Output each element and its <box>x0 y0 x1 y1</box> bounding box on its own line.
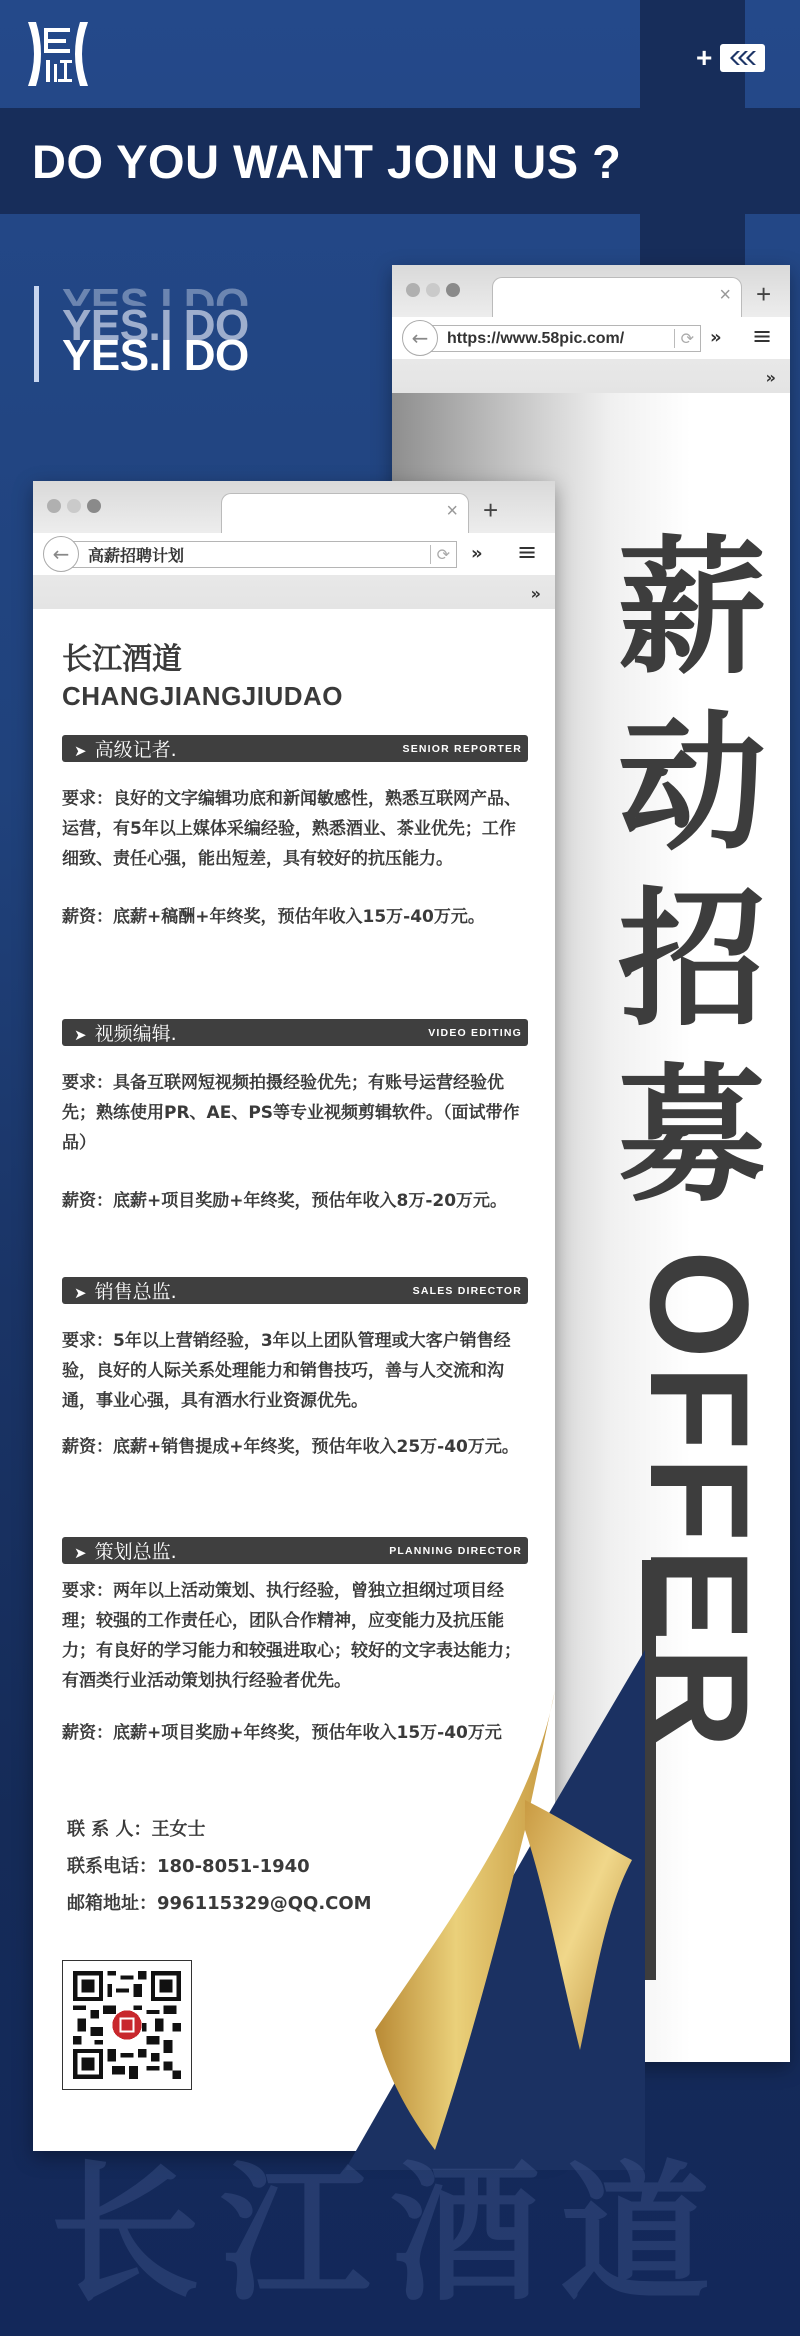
qr-code[interactable] <box>62 1960 192 2090</box>
hamburger-menu-icon[interactable]: ≡ <box>752 322 772 350</box>
position-header: ➤高级记者. SENIOR REPORTER <box>62 735 528 762</box>
top-actions: + <box>696 44 765 72</box>
watermark-brand: 长江酒道 <box>50 2160 730 2310</box>
bookmarks-overflow-icon[interactable]: » <box>766 368 776 387</box>
hamburger-menu-icon[interactable]: ≡ <box>517 538 537 566</box>
navigation-toolbar: ← https://www.58pic.com/ ⟳ » ≡ <box>392 317 790 359</box>
back-button[interactable]: ← <box>402 320 438 356</box>
position-header: ➤销售总监. SALES DIRECTOR <box>62 1277 528 1304</box>
bookmarks-overflow-icon[interactable]: » <box>531 584 541 603</box>
overflow-chevron-icon[interactable]: » <box>710 327 722 348</box>
position-requirements: 要求：两年以上活动策划、执行经验，曾独立担纲过项目经理；较强的工作责任心，团队合… <box>62 1576 528 1696</box>
position-title-text: 高级记者. <box>95 739 177 761</box>
contact-person: 联 系 人：王女士 <box>67 1811 372 1848</box>
close-tab-icon[interactable]: × <box>719 284 731 307</box>
vertical-headline-cn: 薪 动 招 募 <box>612 520 772 1224</box>
tagline-accent-bar <box>34 286 39 382</box>
arrow-right-icon: ➤ <box>74 1544 87 1562</box>
browser-chrome: × + ← https://www.58pic.com/ ⟳ » ≡ » <box>392 265 790 393</box>
page-title: DO YOU WANT JOIN US ? <box>32 134 621 189</box>
arrow-right-icon: ➤ <box>74 1284 87 1302</box>
position-requirements: 要求：具备互联网短视频拍摄经验优先；有账号运营经验优先；熟练使用PR、AE、PS… <box>62 1068 528 1158</box>
position-title-en: SENIOR REPORTER <box>402 743 522 755</box>
company-heading: 长江酒道 CHANGJIANGJIUDAO <box>62 641 532 712</box>
close-tab-icon[interactable]: × <box>446 500 458 523</box>
position-title: ➤销售总监. <box>74 1277 177 1304</box>
position-planning-director: ➤策划总监. PLANNING DIRECTOR 要求：两年以上活动策划、执行经… <box>62 1537 528 1743</box>
plus-icon[interactable]: + <box>696 44 712 72</box>
address-bar-url: https://www.58pic.com/ <box>447 330 624 348</box>
position-header: ➤策划总监. PLANNING DIRECTOR <box>62 1537 528 1564</box>
position-header: ➤视频编辑. VIDEO EDITING <box>62 1019 528 1046</box>
offer-underline <box>642 1560 656 1980</box>
position-title-en: SALES DIRECTOR <box>413 1285 522 1297</box>
left-browser-window: × + ← 高薪招聘计划 ⟳ » ≡ » 长江酒道 CHANGJIANGJIUD… <box>33 481 555 2151</box>
window-controls <box>47 499 101 513</box>
position-title-text: 销售总监. <box>95 1281 177 1303</box>
position-salary: 薪资：底薪+稿酬+年终奖，预估年收入15万-40万元。 <box>62 902 528 927</box>
new-tab-button[interactable]: + <box>483 495 498 526</box>
address-bar[interactable]: 高薪招聘计划 ⟳ <box>67 541 457 568</box>
position-senior-reporter: ➤高级记者. SENIOR REPORTER 要求：良好的文字编辑功底和新闻敏感… <box>62 735 528 927</box>
headline-char: 动 <box>612 696 772 872</box>
window-controls <box>406 283 460 297</box>
position-requirements: 要求：良好的文字编辑功底和新闻敏感性，熟悉互联网产品、运营，有5年以上媒体采编经… <box>62 784 528 874</box>
position-salary: 薪资：底薪+项目奖励+年终奖，预估年收入8万-20万元。 <box>62 1186 528 1211</box>
position-title-en: PLANNING DIRECTOR <box>389 1545 522 1557</box>
tab-strip: × + <box>33 481 555 533</box>
company-name-cn: 长江酒道 <box>62 641 532 679</box>
position-requirements: 要求：5年以上营销经验，3年以上团队管理或大客户销售经验，良好的人际关系处理能力… <box>62 1326 528 1416</box>
contact-info: 联 系 人：王女士 联系电话：180-8051-1940 邮箱地址：996115… <box>67 1811 372 1922</box>
address-bar[interactable]: https://www.58pic.com/ ⟳ <box>426 325 701 352</box>
contact-phone[interactable]: 联系电话：180-8051-1940 <box>67 1848 372 1885</box>
tab-strip: × + <box>392 265 790 317</box>
minimize-window-button[interactable] <box>67 499 81 513</box>
close-window-button[interactable] <box>406 283 420 297</box>
headline-char: 招 <box>612 872 772 1048</box>
position-salary: 薪资：底薪+销售提成+年终奖，预估年收入25万-40万元。 <box>62 1432 528 1457</box>
position-title-text: 策划总监. <box>95 1541 177 1563</box>
contact-email[interactable]: 邮箱地址：996115329@QQ.COM <box>67 1885 372 1922</box>
browser-tab[interactable]: × <box>492 277 742 319</box>
company-name-en: CHANGJIANGJIUDAO <box>62 681 532 712</box>
position-title: ➤策划总监. <box>74 1537 177 1564</box>
arrow-right-icon: ➤ <box>74 742 87 760</box>
headline-char: 薪 <box>612 520 772 696</box>
headline-char: 募 <box>612 1048 772 1224</box>
position-title: ➤视频编辑. <box>74 1019 177 1046</box>
overflow-chevron-icon[interactable]: » <box>471 543 483 564</box>
browser-chrome: × + ← 高薪招聘计划 ⟳ » ≡ » <box>33 481 555 609</box>
arrow-right-icon: ➤ <box>74 1026 87 1044</box>
back-button[interactable]: ← <box>43 536 79 572</box>
brand-logo-icon <box>22 18 94 90</box>
position-title-en: VIDEO EDITING <box>428 1027 522 1039</box>
browser-tab[interactable]: × <box>221 493 469 535</box>
position-title-text: 视频编辑. <box>95 1023 177 1045</box>
reload-icon[interactable]: ⟳ <box>430 545 450 564</box>
qr-code-icon <box>73 1971 181 2079</box>
reload-icon[interactable]: ⟳ <box>674 329 694 348</box>
maximize-window-button[interactable] <box>446 283 460 297</box>
maximize-window-button[interactable] <box>87 499 101 513</box>
close-window-button[interactable] <box>47 499 61 513</box>
address-bar-url: 高薪招聘计划 <box>88 543 184 566</box>
navigation-toolbar: ← 高薪招聘计划 ⟳ » ≡ <box>33 533 555 575</box>
chevrons-left-icon[interactable] <box>720 44 765 72</box>
new-tab-button[interactable]: + <box>756 279 771 310</box>
position-title: ➤高级记者. <box>74 735 177 762</box>
minimize-window-button[interactable] <box>426 283 440 297</box>
header-banner: DO YOU WANT JOIN US ? <box>0 108 800 214</box>
position-salary: 薪资：底薪+项目奖励+年终奖，预估年收入15万-40万元 <box>62 1718 528 1743</box>
tagline: YES.I DO <box>62 334 249 378</box>
position-video-editing: ➤视频编辑. VIDEO EDITING 要求：具备互联网短视频拍摄经验优先；有… <box>62 1019 528 1211</box>
position-sales-director: ➤销售总监. SALES DIRECTOR 要求：5年以上营销经验，3年以上团队… <box>62 1277 528 1457</box>
